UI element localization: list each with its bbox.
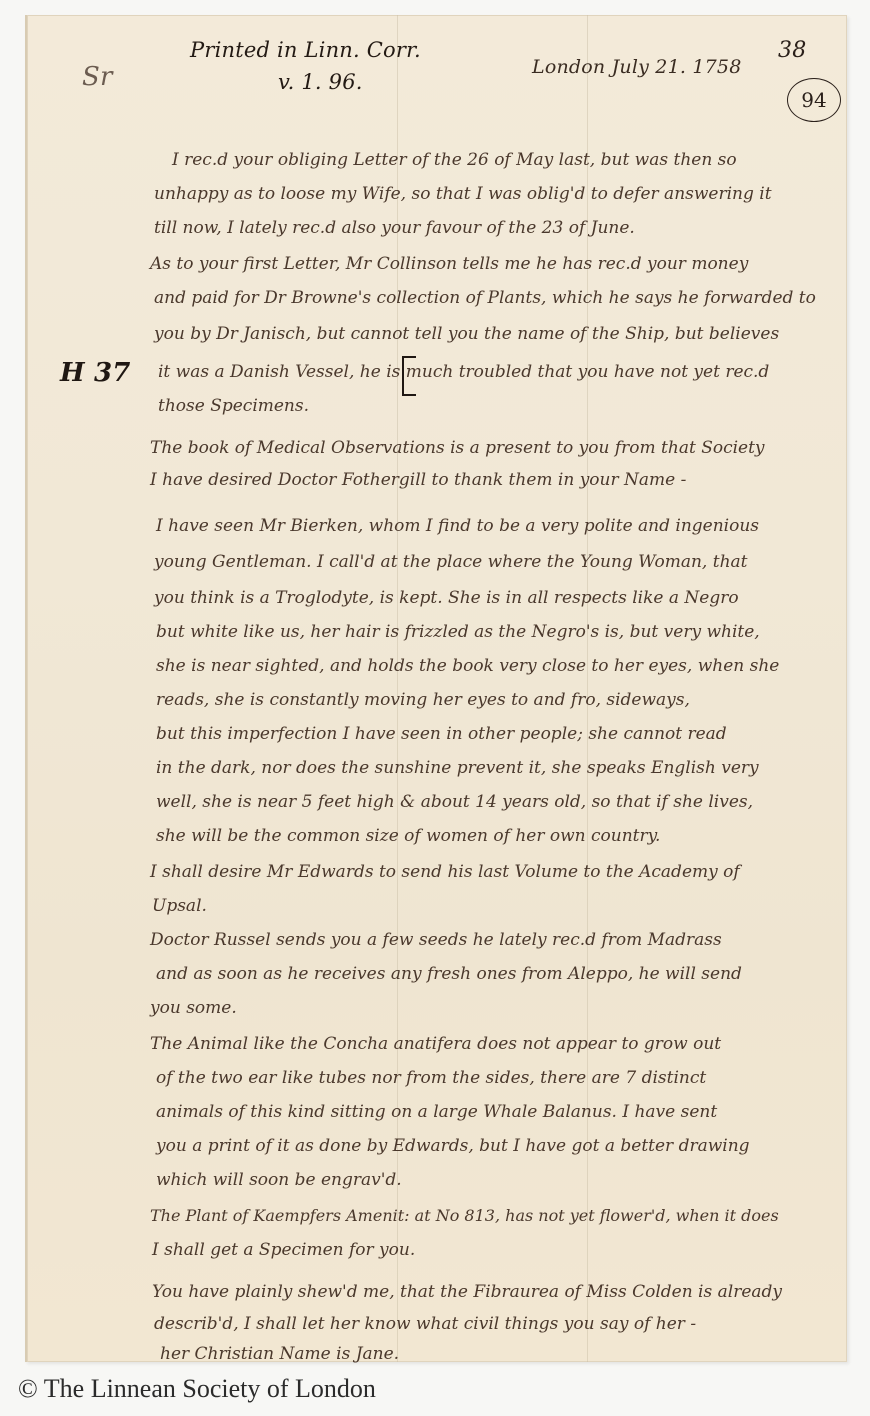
letter-line: As to your first Letter, Mr Collinson te… <box>150 254 748 274</box>
letter-line: Doctor Russel sends you a few seeds he l… <box>150 930 722 950</box>
letter-line: I shall desire Mr Edwards to send his la… <box>150 862 740 882</box>
letter-line: Upsal. <box>152 896 207 916</box>
printed-note-volume: v. 1. 96. <box>278 70 363 94</box>
circled-page-number-text: 94 <box>801 88 826 112</box>
letter-line: You have plainly shew'd me, that the Fib… <box>152 1282 782 1302</box>
letter-line: in the dark, nor does the sunshine preve… <box>156 758 759 778</box>
letter-line: you by Dr Janisch, but cannot tell you t… <box>154 324 779 344</box>
place-date: London July 21. 1758 <box>532 56 741 78</box>
printed-note-title: Printed in Linn. Corr. <box>190 38 421 62</box>
letter-line: you think is a Troglodyte, is kept. She … <box>154 588 739 608</box>
letter-line: describ'd, I shall let her know what civ… <box>154 1314 696 1334</box>
salutation-mark: Sr <box>82 62 113 92</box>
letter-line: The book of Medical Observations is a pr… <box>150 438 765 458</box>
circled-page-number: 94 <box>787 78 841 122</box>
letter-line: The Plant of Kaempfers Amenit: at No 813… <box>150 1206 779 1225</box>
letter-line: you a print of it as done by Edwards, bu… <box>156 1136 750 1156</box>
letter-line: and as soon as he receives any fresh one… <box>156 964 742 984</box>
letter-line: which will soon be engrav'd. <box>156 1170 402 1190</box>
letter-line: animals of this kind sitting on a large … <box>156 1102 717 1122</box>
letter-line: those Specimens. <box>158 396 309 416</box>
letter-line: till now, I lately rec.d also your favou… <box>154 218 635 238</box>
letter-line: you some. <box>150 998 237 1018</box>
letter-line: reads, she is constantly moving her eyes… <box>156 690 690 710</box>
folio-number: 38 <box>778 38 806 63</box>
letter-line: well, she is near 5 feet high & about 14… <box>156 792 753 812</box>
letter-line: but white like us, her hair is frizzled … <box>156 622 760 642</box>
letter-line: it was a Danish Vessel, he is much troub… <box>158 362 769 382</box>
letter-line: of the two ear like tubes nor from the s… <box>156 1068 706 1088</box>
letter-line: she will be the common size of women of … <box>156 826 660 846</box>
letter-line: I shall get a Specimen for you. <box>152 1240 415 1260</box>
letter-line: but this imperfection I have seen in oth… <box>156 724 727 744</box>
letter-line: she is near sighted, and holds the book … <box>156 656 779 676</box>
letter-line: I have seen Mr Bierken, whom I find to b… <box>156 516 759 536</box>
letter-line: I rec.d your obliging Letter of the 26 o… <box>172 150 737 170</box>
letter-line: The Animal like the Concha anatifera doe… <box>150 1034 721 1054</box>
copyright-notice: © The Linnean Society of London <box>18 1374 376 1404</box>
letter-line: and paid for Dr Browne's collection of P… <box>154 288 816 308</box>
letter-line: unhappy as to loose my Wife, so that I w… <box>154 184 772 204</box>
margin-note: H 37 <box>60 358 131 388</box>
letter-line: young Gentleman. I call'd at the place w… <box>154 552 748 572</box>
letter-line: her Christian Name is Jane. <box>160 1344 399 1364</box>
letter-line: I have desired Doctor Fothergill to than… <box>150 470 686 490</box>
